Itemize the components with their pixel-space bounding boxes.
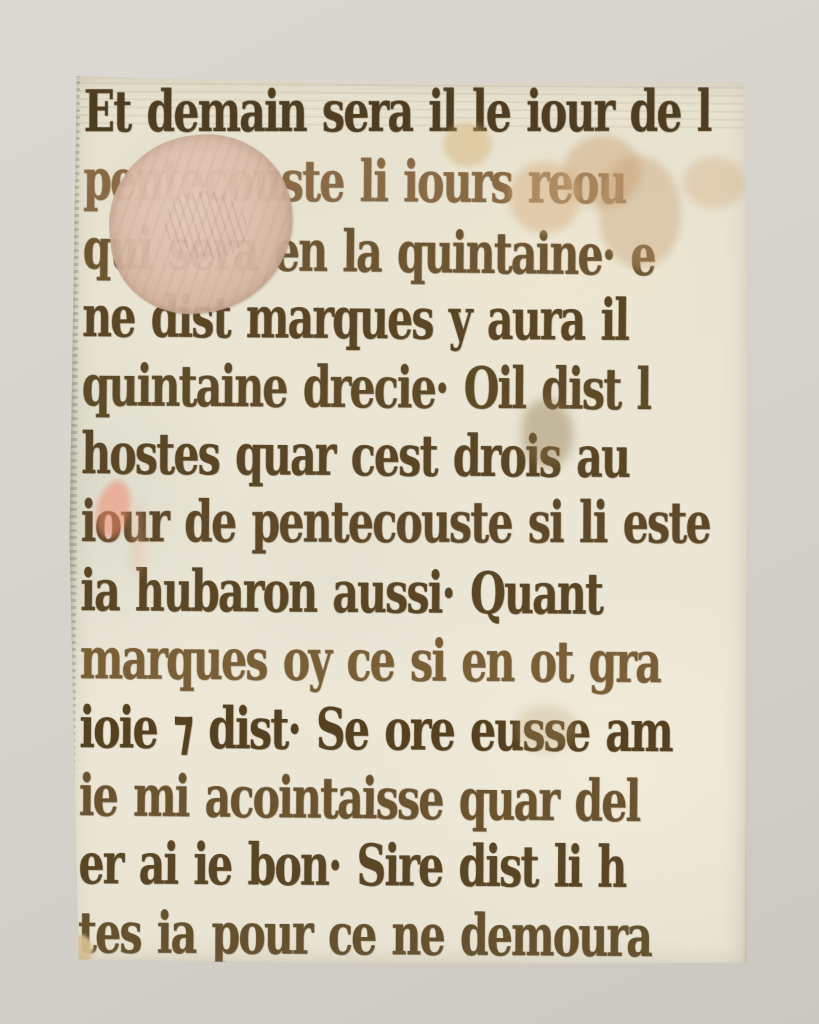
- text-line: ia hubaron aussi· Quant: [80, 557, 628, 629]
- manuscript-fragment: Et demain sera il le iour de l pentecous…: [66, 74, 753, 969]
- text-line: tes ia pour ce ne demoura: [78, 899, 626, 971]
- photograph: Et demain sera il le iour de l pentecous…: [0, 0, 819, 1024]
- text-line: marques oy ce si en ot gra: [80, 625, 628, 697]
- text-line: Et demain sera il le iour de l: [84, 78, 631, 147]
- text-line: ie mi acointaisse quar del: [79, 762, 627, 836]
- text-line: hostes quar cest drois au: [81, 420, 629, 492]
- text-line: iour de pentecouste si li este: [81, 488, 629, 558]
- text-line: quintaine drecie· Oil dist l: [82, 352, 630, 424]
- text-line: er ai ie bon· Sire dist li h: [78, 830, 626, 902]
- text-line: ioie ⁊ dist· Se ore eusse am: [79, 694, 627, 766]
